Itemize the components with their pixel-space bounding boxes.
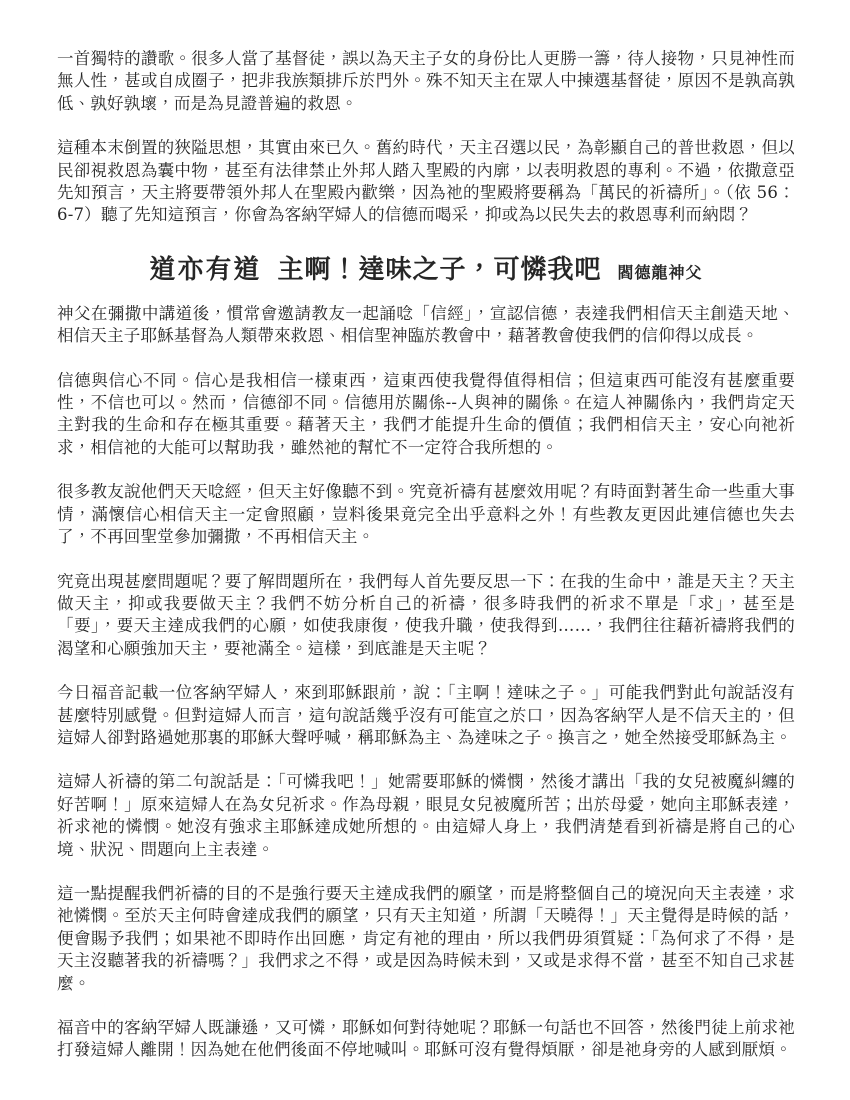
article-title: 主啊！達味之子，可憐我吧 — [277, 255, 601, 285]
body-paragraph-7: 這一點提醒我們祈禱的目的不是強行要天主達成我們的願望，而是將整個自己的境況向天主… — [57, 883, 795, 995]
author-name: 閻德龍神父 — [618, 263, 703, 282]
body-paragraph-2: 信德與信心不同。信心是我相信一樣東西，這東西使我覺得值得相信；但這東西可能沒有甚… — [57, 370, 795, 460]
intro-paragraph-1: 一首獨特的讚歌。很多人當了基督徒，誤以為天主子女的身份比人更勝一籌，待人接物，只… — [57, 48, 795, 115]
body-paragraph-6: 這婦人祈禱的第二句說話是：「可憐我吧！」她需要耶穌的憐憫，然後才講出「我的女兒被… — [57, 771, 795, 861]
body-paragraph-1: 神父在彌撒中講道後，慣常會邀請教友一起誦唸「信經」，宣認信德，表達我們相信天主創… — [57, 303, 795, 348]
document-page: 一首獨特的讚歌。很多人當了基督徒，誤以為天主子女的身份比人更勝一籌，待人接物，只… — [0, 0, 850, 1100]
body-paragraph-4: 究竟出現甚麼問題呢？要了解問題所在，我們每人首先要反思一下：在我的生命中，誰是天… — [57, 571, 795, 661]
body-paragraph-3: 很多教友說他們天天唸經，但天主好像聽不到。究竟祈禱有甚麼效用呢？有時面對著生命一… — [57, 481, 795, 548]
article-heading: 道亦有道主啊！達味之子，可憐我吧閻德龍神父 — [57, 249, 795, 286]
intro-paragraph-2: 這種本末倒置的狹隘思想，其實由來已久。舊約時代，天主召選以民，為彰顯自己的普世救… — [57, 137, 795, 227]
body-paragraph-5: 今日福音記載一位客納罕婦人，來到耶穌跟前，說：「主啊！達味之子。」可能我們對此句… — [57, 682, 795, 749]
column-title: 道亦有道 — [149, 255, 261, 285]
body-paragraph-8: 福音中的客納罕婦人既謙遜，又可憐，耶穌如何對待她呢？耶穌一句話也不回答，然後門徒… — [57, 1017, 795, 1062]
